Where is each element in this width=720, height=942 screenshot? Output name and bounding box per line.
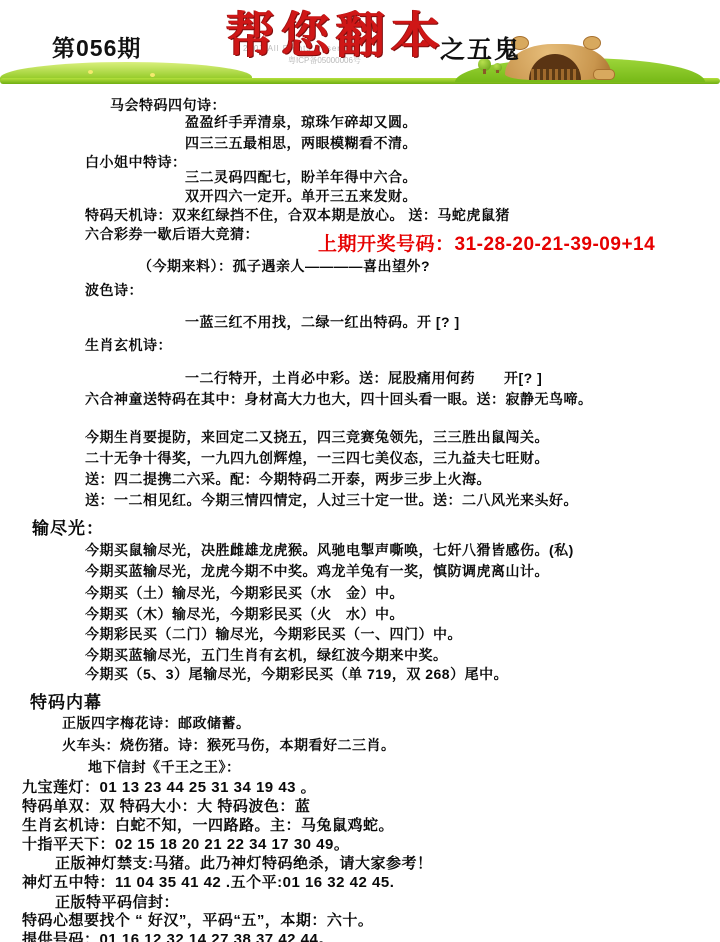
lamp-five-special: 神灯五中特：11 04 35 41 42 .五个平:01 16 32 42 45…: [22, 871, 394, 892]
poem-line: 三二灵码四配七，盼羊年得中六合。: [185, 167, 417, 187]
section-label-riddle: 六合彩券一歇后语大竞猜：: [85, 224, 259, 244]
tip-line: 送：一二相见红。今期三情四情定，人过三十定一世。送：二八风光来头好。: [85, 490, 578, 510]
locomotive-line: 火车头：烧伤猪。诗：猴死马伤，本期看好二三肖。: [62, 735, 396, 755]
page-subtitle: 之五鬼: [440, 36, 521, 64]
section-header-shujinguang: 输尽光：: [32, 514, 104, 539]
page-header: 第056期 2007 All Rights Reserved 粤ICP备0500…: [0, 0, 720, 92]
shujinguang-line: 今期买（土）输尽光，今期彩民买（水 金）中。: [85, 583, 404, 603]
lotus-lamp-numbers: 九宝莲灯：01 13 23 44 25 31 34 19 43 。: [22, 776, 316, 797]
poem-line: 盈盈纤手弄清泉，琼珠乍碎却又圆。: [185, 112, 417, 132]
shujinguang-line: 今期彩民买（二门）输尽光，今期彩民买（一、四门）中。: [85, 624, 462, 644]
grass-dot-icon: [150, 73, 155, 77]
envelope-title: 地下信封《千王之王》：: [88, 757, 241, 777]
section-label-zodiac-poem: 生肖玄机诗：: [85, 335, 172, 355]
shujinguang-line: 今期买（木）输尽光，今期彩民买（火 水）中。: [85, 604, 404, 624]
plum-poem-line: 正版四字梅花诗：邮政储蓄。: [62, 713, 251, 733]
shujinguang-line: 今期买蓝输尽光，五门生肖有玄机，绿红波今期来中奖。: [85, 645, 448, 665]
poem-line: 四三三五最相思，两眼模糊看不清。: [185, 133, 417, 153]
prodigy-tip-line: 六合神童送特码在其中：身材高大力也大，四十回头看一眼。送：寂静无鸟啼。: [85, 389, 593, 409]
ten-fingers-numbers: 十指平天下：02 15 18 20 21 22 34 17 30 49。: [22, 833, 349, 854]
section-label-miss-bai-poem: 白小姐中特诗：: [85, 152, 187, 172]
issue-number: 第056期: [52, 30, 141, 63]
zodiac-poem-line: 一二行特开，土肖必中彩。送：屁股痛用何药 开[? ]: [185, 368, 542, 388]
masthead: 帮您翻本之五鬼: [226, 6, 521, 66]
section-label-color-poem: 波色诗：: [85, 280, 143, 300]
tianji-poem-line: 特码天机诗：双来红绿挡不住，合双本期是放心。 送：马蛇虎鼠猪: [85, 205, 510, 225]
page-title: 帮您翻本: [226, 6, 446, 64]
previous-draw-numbers: 上期开奖号码：31-28-20-21-39-09+14: [318, 229, 655, 256]
odd-even-size-color: 特码单双：双 特码大小：大 特码波色：蓝: [22, 795, 310, 816]
shujinguang-line: 今期买鼠输尽光，决胜雌雄龙虎猴。风驰电掣声嘶唤，七奸八猾皆感伤。(私): [85, 540, 574, 560]
provided-numbers: 提供号码：01 16 12 32 14 27 38 37 42 44。: [22, 928, 334, 942]
grass-dot-icon: [88, 70, 93, 74]
haohan-line: 特码心想要找个 “ 好汉”，平码“五”，本期：六十。: [22, 909, 373, 930]
lamp-forbidden-line: 正版神灯禁支:马猪。此乃神灯特码绝杀，请大家参考！: [55, 852, 433, 873]
section-header-neimu: 特码内幕: [30, 688, 102, 713]
shujinguang-line: 今期买（5、3）尾输尽光，今期彩民买（单 719，双 268）尾中。: [85, 664, 508, 684]
zodiac-mystery-line: 生肖玄机诗：白蛇不知，一四路路。主：马兔鼠鸡蛇。: [22, 814, 394, 835]
tip-line: 二十无争十得奖，一九四九创辉煌，一三四七美仪态，三九益夫七旺财。: [85, 448, 549, 468]
tip-line: 送：四二提携二六采。配：今期特码二开泰，两步三步上火海。: [85, 469, 491, 489]
tip-line: 今期生肖要提防，来回定二又挠五，四三竞赛兔领先，三三胜出鼠闯关。: [85, 427, 549, 447]
shujinguang-line: 今期买蓝输尽光，龙虎今期不中奖。鸡龙羊兔有一奖，慎防调虎离山计。: [85, 561, 549, 581]
riddle-line: （今期来料）：孤子遇亲人————喜出望外?: [138, 256, 430, 276]
poem-line: 双开四六一定开。单开三五来发财。: [185, 186, 417, 206]
color-poem-line: 一蓝三红不用找，二绿一红出特码。开 [? ]: [185, 312, 460, 332]
